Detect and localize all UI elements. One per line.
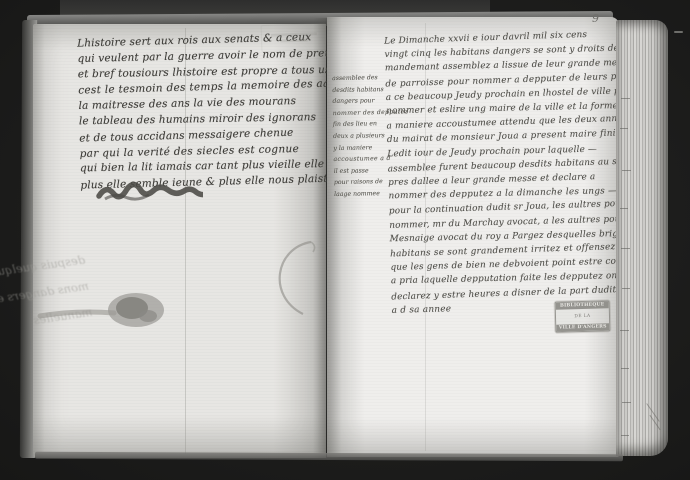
ink-flourish-paraph: [95, 181, 203, 207]
fore-edge-mark: [621, 435, 629, 436]
fore-edge-mark: [622, 402, 631, 403]
margin-note-line: nommer des depputez: [333, 107, 389, 120]
margin-note-line: pour raisons de: [334, 176, 390, 189]
margin-note-block: assemblee desdesdits habitansdangers pou…: [332, 72, 390, 200]
fore-edge-mark: [622, 288, 630, 289]
margin-note-line: fin des lieu en: [333, 118, 389, 131]
poem-text-block: Lhistoire sert aux rois aux senats & a c…: [77, 30, 329, 194]
fore-edge-mark: [620, 128, 628, 129]
ink-blot-smear: [36, 286, 168, 334]
book-bottom-edge: [35, 452, 623, 462]
library-stamp-line1: BIBLIOTHÈQUE: [556, 301, 609, 309]
library-stamp-line3: VILLE D'ANGERS: [556, 323, 609, 331]
fore-edge-mark: [621, 98, 630, 99]
manuscript-main-text-block: Le Dimanche xxvii e iour davril mil six …: [384, 27, 630, 318]
margin-note-line: assemblee des: [332, 72, 388, 85]
library-stamp-line2: DE LA: [556, 313, 609, 320]
background-speck: [674, 31, 683, 33]
margin-note-line: dangers pour: [332, 95, 388, 107]
margin-note-line: deux a plusieurs: [333, 130, 389, 142]
margin-note-line: laage nommee: [334, 188, 390, 201]
margin-note-line: accoustumee a d: [333, 153, 389, 166]
fore-edge-mark: [622, 170, 631, 171]
fore-edge-mark: [620, 330, 629, 331]
fore-edge-mark: [620, 208, 628, 209]
fore-edge-page-stack: [616, 20, 668, 456]
page-number: 9: [592, 12, 599, 25]
margin-note-line: y la maniere: [333, 141, 389, 154]
fore-edge-mark: [621, 368, 629, 369]
photo-background: Lhistoire sert aux rois aux senats & a c…: [0, 0, 690, 480]
fore-edge-mark: [621, 248, 630, 249]
library-stamp: BIBLIOTHÈQUE DE LA VILLE D'ANGERS: [555, 300, 611, 332]
